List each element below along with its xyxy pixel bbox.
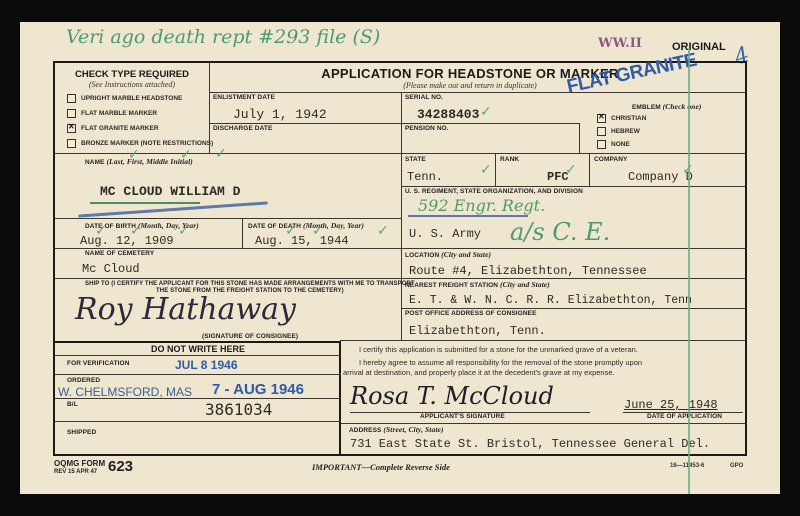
- rank-label: RANK: [500, 156, 519, 163]
- address-label: ADDRESS (Street, City, State): [349, 425, 444, 434]
- discharge-date-label: DISCHARGE DATE: [213, 125, 272, 132]
- original-label: ORIGINAL: [672, 41, 726, 53]
- regiment-handwritten: 592 Engr. Regt.: [418, 196, 545, 215]
- consignee-address-label: POST OFFICE ADDRESS OF CONSIGNEE: [405, 310, 537, 317]
- checkbox-icon[interactable]: [67, 109, 76, 118]
- pension-no-label: PENSION No.: [405, 125, 449, 132]
- bl-label: B/L: [67, 401, 78, 408]
- checkbox-icon[interactable]: [597, 140, 606, 149]
- consignee-signature: Roy Hathaway: [75, 292, 296, 327]
- type-option-flat-granite[interactable]: FLAT GRANITE MARKER: [67, 124, 159, 133]
- serial-no-label: SERIAL No.: [405, 94, 443, 101]
- checkmark-icon: ✓: [130, 223, 142, 239]
- checkmark-icon: ✓: [95, 223, 107, 239]
- for-verification-label: FOR VERIFICATION: [67, 360, 130, 367]
- form-subtitle: (Please make out and return in duplicate…: [210, 81, 730, 90]
- checkmark-icon: ✓: [480, 162, 492, 178]
- cemetery-value: Mc Cloud: [82, 262, 140, 276]
- emblem-option-hebrew[interactable]: HEBREW: [597, 127, 640, 136]
- shipped-label: SHIPPED: [67, 429, 96, 436]
- checkmark-icon: ✓: [215, 146, 227, 162]
- checkmark-icon: ✓: [285, 223, 297, 239]
- cemetery-label: NAME OF CEMETERY: [85, 250, 154, 257]
- ordered-place-stamp: W. CHELMSFORD, MAS: [58, 385, 192, 399]
- green-margin-line: [688, 48, 690, 494]
- form-id: OQMG FORM REV 15 APR 47: [54, 460, 105, 476]
- regiment-label: U. S. REGIMENT, STATE ORGANIZATION, AND …: [405, 188, 583, 195]
- regiment-value: U. S. Army: [409, 227, 481, 241]
- type-option-upright-marble[interactable]: UPRIGHT MARBLE HEADSTONE: [67, 94, 182, 103]
- consignee-address-value: Elizabethton, Tenn.: [409, 324, 546, 338]
- ordered-date-stamp: 7 - AUG 1946: [212, 381, 304, 398]
- ship-to-label: SHIP TO (I CERTIFY THE APPLICANT FOR THI…: [85, 281, 415, 287]
- emblem-heading: EMBLEM (Check one): [632, 102, 701, 111]
- enlistment-date-label: ENLISTMENT DATE: [213, 94, 275, 101]
- checkmark-icon: ✓: [480, 104, 492, 120]
- company-label: COMPANY: [594, 156, 627, 163]
- applicant-signature-label: APPLICANT'S SIGNATURE: [420, 413, 505, 420]
- serial-no-value: 34288403: [417, 107, 479, 122]
- date-of-application-value: June 25, 1948: [624, 398, 718, 412]
- checkbox-icon[interactable]: [67, 139, 76, 148]
- date-of-application-label: DATE OF APPLICATION: [647, 413, 722, 420]
- name-underline: [90, 202, 200, 204]
- freight-station-value: E. T. & W. N. C. R. R. Elizabethton, Ten…: [409, 294, 692, 307]
- checkmark-icon: ✓: [128, 147, 140, 163]
- checkmark-icon: ✓: [178, 223, 190, 239]
- check-type-section: CHECK TYPE REQUIRED (See Instructions at…: [55, 63, 209, 153]
- date-of-death-label: DATE OF DEATH (Month, Day, Year): [248, 221, 364, 230]
- applicant-signature: Rosa T. McCloud: [350, 382, 554, 410]
- certification-line-1: I certify this application is submitted …: [359, 345, 638, 354]
- state-value: Tenn.: [407, 170, 443, 184]
- certification-line-3: arrival at destination, and properly pla…: [343, 368, 615, 377]
- location-label: LOCATION (City and State): [405, 250, 491, 259]
- important-note: IMPORTANT—Complete Reverse Side: [312, 462, 450, 472]
- type-option-flat-marble[interactable]: FLAT MARBLE MARKER: [67, 109, 157, 118]
- enlistment-date-value: July 1, 1942: [233, 107, 327, 122]
- checkmark-icon: ✓: [312, 223, 324, 239]
- emblem-option-none[interactable]: NONE: [597, 140, 630, 149]
- checkmark-icon: ✓: [377, 223, 389, 239]
- state-label: STATE: [405, 156, 426, 163]
- name-value: MC CLOUD WILLIAM D: [100, 184, 240, 199]
- office-use-heading: DO NOT WRITE HERE: [55, 344, 341, 354]
- ww2-stamp: WW.II: [598, 36, 642, 51]
- check-type-heading: CHECK TYPE REQUIRED: [55, 69, 209, 80]
- checked-checkbox-icon[interactable]: [67, 124, 76, 133]
- form-number: 623: [108, 458, 133, 475]
- regiment-annotation: a/s C. E.: [510, 218, 610, 246]
- emblem-option-christian[interactable]: CHRISTIAN: [597, 114, 646, 123]
- checkmark-icon: ✓: [180, 147, 192, 163]
- checkmark-icon: ✓: [565, 162, 577, 178]
- checkbox-icon[interactable]: [597, 127, 606, 136]
- headstone-application-card: Veri ago death rept #293 file (S) WW.II …: [20, 22, 780, 494]
- consignee-signature-label: (SIGNATURE OF CONSIGNEE): [202, 333, 298, 340]
- handwritten-top-note: Veri ago death rept #293 file (S): [66, 26, 380, 48]
- certification-line-2: I hereby agree to assume all responsibil…: [359, 358, 642, 367]
- date-of-death-value: Aug. 15, 1944: [255, 234, 349, 248]
- checked-checkbox-icon[interactable]: [597, 114, 606, 123]
- bl-value: 3861034: [205, 400, 272, 419]
- address-value: 731 East State St. Bristol, Tennessee Ge…: [350, 437, 710, 451]
- verification-stamp: JUL 8 1946: [175, 358, 238, 372]
- freight-station-label: NEAREST FREIGHT STATION (City and State): [405, 280, 550, 289]
- check-type-subheading: (See Instructions attached): [55, 80, 209, 89]
- gpo-mark: GPO: [730, 463, 743, 469]
- ordered-label: ORDERED: [67, 377, 100, 384]
- regiment-underline: [408, 215, 528, 217]
- location-value: Route #4, Elizabethton, Tennessee: [409, 264, 647, 278]
- checkbox-icon[interactable]: [67, 94, 76, 103]
